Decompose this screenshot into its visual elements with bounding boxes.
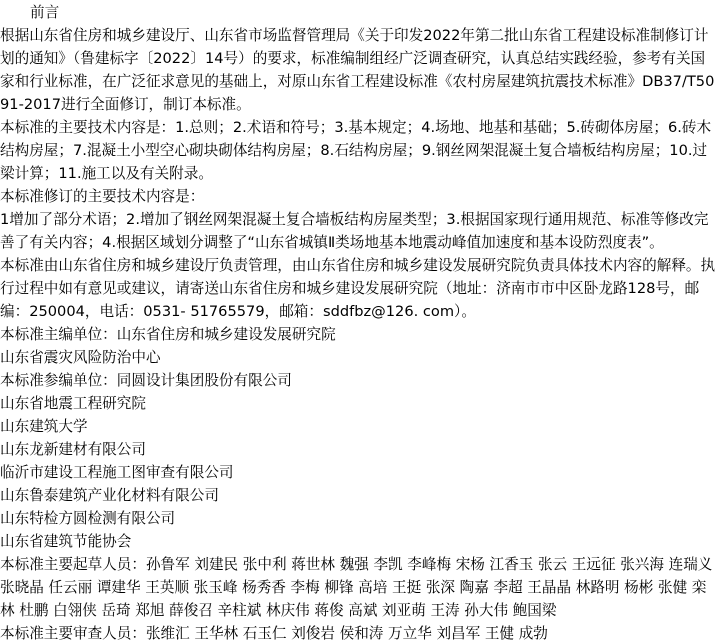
paragraph-chief-editor: 本标准主编单位：山东省住房和城乡建设发展研究院: [0, 323, 719, 346]
participating-unit: 山东省地震工程研究院: [0, 392, 719, 415]
participating-unit: 临沂市建设工程施工图审查有限公司: [0, 461, 719, 484]
participating-unit: 山东特检方圆检测有限公司: [0, 507, 719, 530]
paragraph-reviewers: 本标准主要审查人员：张维汇 王华林 石玉仁 刘俊岩 侯和涛 万立华 刘昌军 王健…: [0, 622, 719, 642]
paragraph-management: 本标准由山东省住房和城乡建设厅负责管理，由山东省住房和城乡建设发展研究院负责具体…: [0, 254, 719, 323]
participating-unit: 山东鲁泰建筑产业化材料有限公司: [0, 484, 719, 507]
paragraph-revision-intro: 本标准修订的主要技术内容是：: [0, 185, 719, 208]
paragraph-drafters: 本标准主要起草人员：孙鲁军 刘建民 张中利 蒋世林 魏强 李凯 李峰梅 宋杨 江…: [0, 553, 719, 622]
paragraph-main-content: 本标准的主要技术内容是：1.总则；2.术语和符号；3.基本规定；4.场地、地基和…: [0, 116, 719, 185]
document-body: 前言 根据山东省住房和城乡建设厅、山东省市场监督管理局《关于印发2022年第二批…: [0, 0, 719, 642]
paragraph-chief-editor-2: 山东省震灾风险防治中心: [0, 346, 719, 369]
participating-unit: 山东省建筑节能协会: [0, 530, 719, 553]
paragraph-participating-units: 本标准参编单位：同圆设计集团股份有限公司: [0, 369, 719, 392]
paragraph-basis: 根据山东省住房和城乡建设厅、山东省市场监督管理局《关于印发2022年第二批山东省…: [0, 24, 719, 116]
document-heading: 前言: [0, 1, 719, 24]
participating-unit: 山东建筑大学: [0, 415, 719, 438]
paragraph-revision-items: 1增加了部分术语；2.增加了钢丝网架混凝土复合墙板结构房屋类型；3.根据国家现行…: [0, 208, 719, 254]
participating-unit: 山东龙新建材有限公司: [0, 438, 719, 461]
